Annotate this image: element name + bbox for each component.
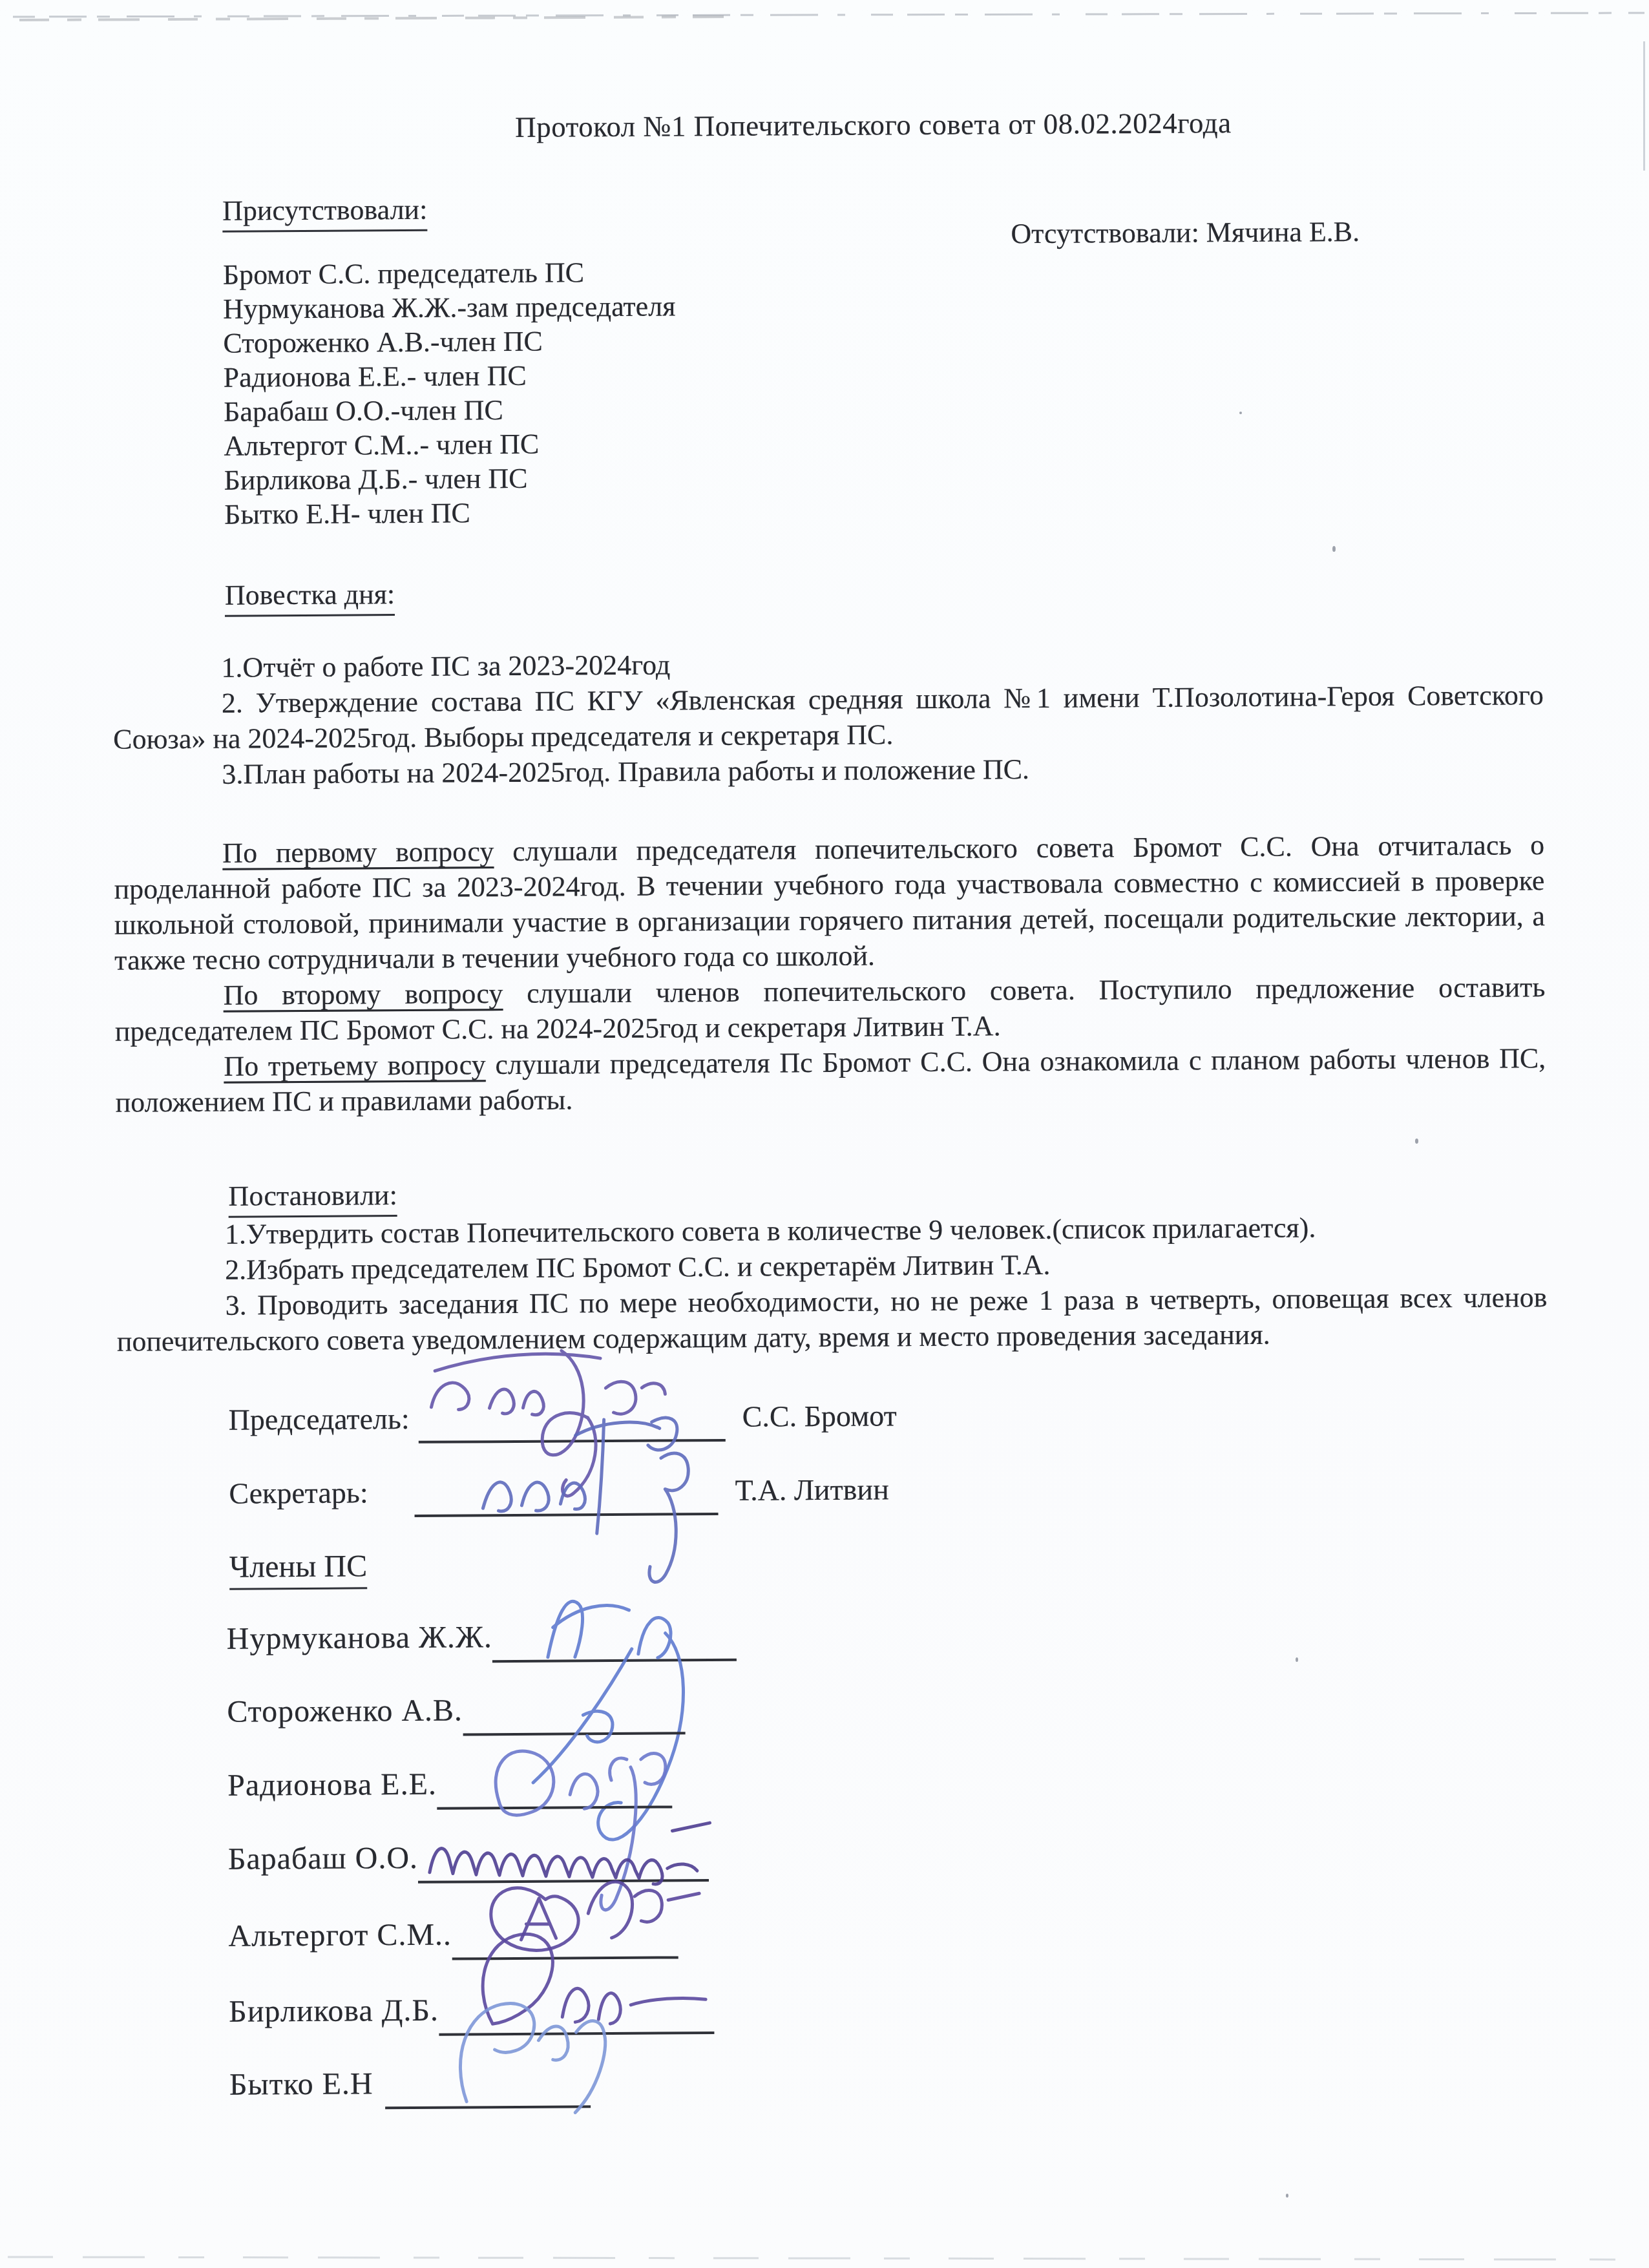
member-signature-line	[384, 2066, 590, 2109]
member-signature-line	[437, 1767, 672, 1809]
member-name: Стороженко А.В.	[227, 1692, 463, 1729]
attendee-line: Нурмуканова Ж.Ж.-зам председателя	[223, 289, 676, 326]
attendee-line: Радионова Е.Е.- член ПС	[224, 357, 677, 394]
chairman-signature-row: Председатель: С.С. Бромот	[228, 1399, 896, 1444]
member-signature-row: Нурмуканова Ж.Ж.	[227, 1620, 737, 1664]
document-title: Протокол №1 Попечительского совета от 08…	[207, 104, 1539, 146]
member-signature-row: Стороженко А.В.	[227, 1693, 685, 1737]
resolutions-list: 1.Утвердить состав Попечительского совет…	[116, 1208, 1548, 1360]
member-name: Бирликова Д.Б.	[229, 1993, 439, 2030]
secretary-signature-row: Секретарь: Т.А. Литвин	[229, 1473, 889, 1518]
member-name: Радионова Е.Е.	[227, 1767, 437, 1803]
attendee-line: Бытко Е.Н- член ПС	[224, 494, 677, 531]
member-name: Барабаш О.О.	[228, 1840, 419, 1877]
secretary-label: Секретарь:	[229, 1475, 368, 1510]
member-name: Нурмуканова Ж.Ж.	[227, 1619, 493, 1657]
member-signature-row: Бирликова Д.Б.	[229, 1993, 714, 2037]
member-signature-row: Бытко Е.Н	[229, 2066, 591, 2110]
secretary-signature-line	[414, 1474, 718, 1517]
agenda-item: 2. Утверждение состава ПС КГУ «Явленская…	[113, 677, 1544, 757]
member-signature-line	[463, 1693, 685, 1736]
members-heading: Члены ПС	[229, 1548, 367, 1590]
member-signature-row: Радионова Е.Е.	[227, 1767, 672, 1811]
discussion-paragraph: По первому вопросу слушали председателя …	[114, 827, 1545, 978]
member-signature-row: Барабаш О.О.	[228, 1840, 709, 1885]
resolved-heading: Постановили:	[228, 1179, 397, 1218]
member-signature-line	[439, 1993, 714, 2036]
member-signature-line	[492, 1620, 737, 1663]
attendee-line: Барабаш О.О.-член ПС	[224, 392, 677, 428]
attendee-line: Бирликова Д.Б.- член ПС	[224, 460, 677, 497]
chairman-signature-line	[419, 1400, 726, 1444]
discussion-lead: По третьему вопросу	[224, 1049, 486, 1082]
member-name: Альтергот С.М..	[228, 1917, 452, 1954]
member-signature-ink-bytko	[403, 1960, 637, 2123]
member-signature-line	[418, 1840, 709, 1884]
secretary-name: Т.А. Литвин	[735, 1472, 888, 1507]
agenda-list: 1.Отчёт о работе ПС за 2023-2024год 2. У…	[112, 642, 1544, 793]
agenda-heading: Повестка дня:	[225, 578, 395, 617]
member-signature-row: Альтергот С.М..	[228, 1917, 678, 1961]
discussion-lead: По первому вопросу	[222, 835, 494, 869]
attendee-line: Альтергот С.М..- член ПС	[224, 426, 677, 463]
document-content: Протокол №1 Попечительского совета от 08…	[0, 0, 1649, 2268]
absent-note: Отсутствовали: Мячина Е.В.	[1011, 215, 1360, 250]
chairman-name: С.С. Бромот	[742, 1398, 897, 1433]
member-signature-line	[452, 1917, 678, 1960]
discussion-lead: По второму вопросу	[223, 978, 503, 1011]
attendee-line: Бромот С.С. председатель ПС	[223, 255, 676, 291]
scanned-protocol-page: Протокол №1 Попечительского совета от 08…	[0, 0, 1649, 2268]
present-heading: Присутствовали:	[222, 193, 427, 233]
chairman-label: Председатель:	[228, 1402, 409, 1437]
resolution-item: 3. Проводить заседания ПС по мере необхо…	[116, 1279, 1548, 1360]
attendee-list: Бромот С.С. председатель ПС Нурмуканова …	[223, 255, 677, 531]
attendee-line: Стороженко А.В.-член ПС	[223, 323, 676, 360]
discussion-paragraph: По третьему вопросу слушали председателя…	[115, 1040, 1546, 1120]
discussion-section: По первому вопросу слушали председателя …	[114, 827, 1546, 1120]
discussion-paragraph: По второму вопросу слушали членов попечи…	[114, 969, 1546, 1049]
member-name: Бытко Е.Н	[229, 2066, 373, 2102]
